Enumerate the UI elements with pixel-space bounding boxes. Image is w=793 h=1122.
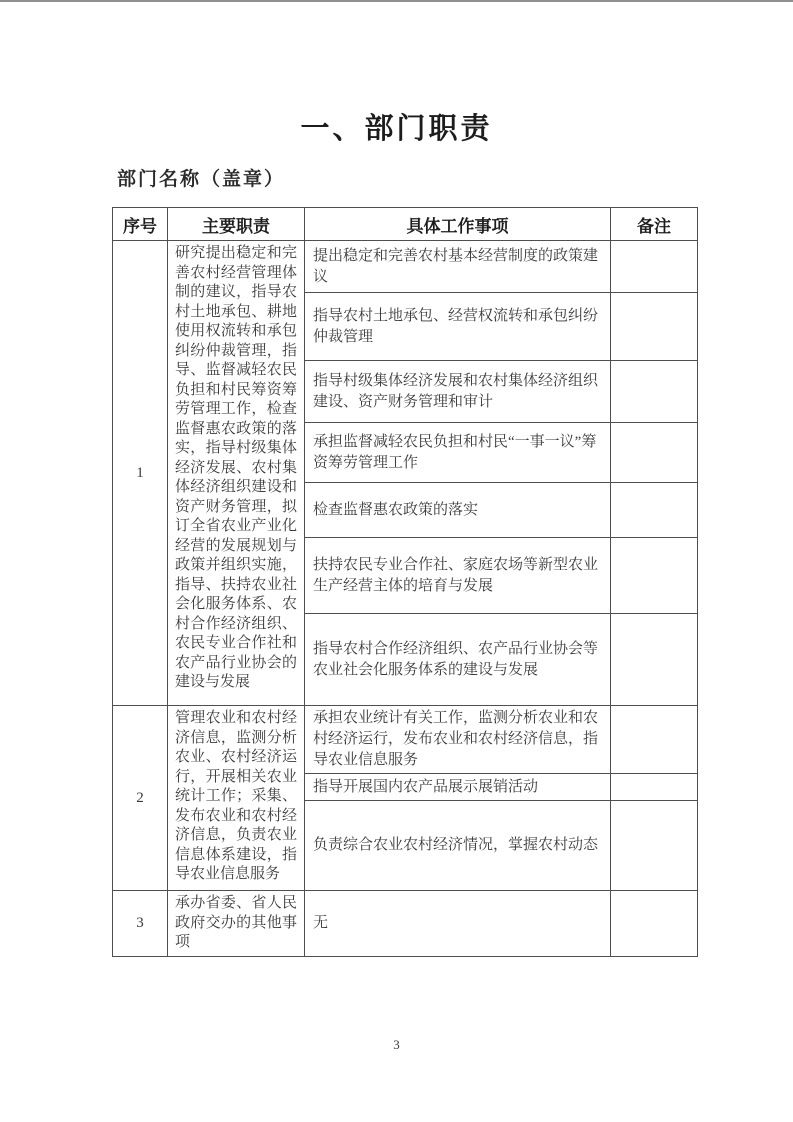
page-title: 一、部门职责	[0, 106, 793, 147]
note-cell	[611, 423, 698, 483]
note-cell	[611, 293, 698, 361]
note-cell	[611, 241, 698, 293]
duty-table: 序号 主要职责 具体工作事项 备注 1 研究提出稳定和完善农村经营管理体制的建议…	[112, 207, 698, 957]
note-cell	[611, 706, 698, 774]
note-cell	[611, 614, 698, 706]
note-cell	[611, 774, 698, 801]
note-cell	[611, 538, 698, 614]
work-item-cell: 提出稳定和完善农村基本经营制度的政策建议	[305, 241, 611, 293]
table-row: 2 管理农业和农村经济信息，监测分析农业、农村经济运行，开展相关农业统计工作；采…	[113, 706, 698, 774]
header-main-duty: 主要职责	[168, 208, 305, 241]
note-cell	[611, 361, 698, 423]
page-top-edge	[0, 0, 793, 2]
row-index: 3	[113, 891, 168, 957]
main-duty-cell: 研究提出稳定和完善农村经营管理体制的建议，指导农村土地承包、耕地使用权流转和承包…	[168, 241, 305, 706]
main-duty-cell: 承办省委、省人民政府交办的其他事项	[168, 891, 305, 957]
row-index: 2	[113, 706, 168, 891]
work-item-cell: 指导开展国内农产品展示展销活动	[305, 774, 611, 801]
work-item-cell: 扶持农民专业合作社、家庭农场等新型农业生产经营主体的培育与发展	[305, 538, 611, 614]
work-item-cell: 指导村级集体经济发展和农村集体经济组织建设、资产财务管理和审计	[305, 361, 611, 423]
main-duty-cell: 管理农业和农村经济信息，监测分析农业、农村经济运行，开展相关农业统计工作；采集、…	[168, 706, 305, 891]
work-item-cell: 无	[305, 891, 611, 957]
note-cell	[611, 483, 698, 538]
work-item-cell: 指导农村合作经济组织、农产品行业协会等农业社会化服务体系的建设与发展	[305, 614, 611, 706]
header-work-items: 具体工作事项	[305, 208, 611, 241]
work-item-cell: 检查监督惠农政策的落实	[305, 483, 611, 538]
table-header-row: 序号 主要职责 具体工作事项 备注	[113, 208, 698, 241]
table-row: 3 承办省委、省人民政府交办的其他事项 无	[113, 891, 698, 957]
header-notes: 备注	[611, 208, 698, 241]
work-item-cell: 负责综合农业农村经济情况，掌握农村动态	[305, 801, 611, 891]
department-name-label: 部门名称（盖章）	[117, 164, 285, 191]
row-index: 1	[113, 241, 168, 706]
header-index: 序号	[113, 208, 168, 241]
note-cell	[611, 891, 698, 957]
page-number: 3	[0, 1037, 793, 1053]
note-cell	[611, 801, 698, 891]
work-item-cell: 指导农村土地承包、经营权流转和承包纠纷仲裁管理	[305, 293, 611, 361]
document-page: { "page": { "title": "一、部门职责", "subtitle…	[0, 0, 793, 1122]
work-item-cell: 承担监督减轻农民负担和村民“一事一议”筹资筹劳管理工作	[305, 423, 611, 483]
work-item-cell: 承担农业统计有关工作，监测分析农业和农村经济运行，发布农业和农村经济信息，指导农…	[305, 706, 611, 774]
table-row: 1 研究提出稳定和完善农村经营管理体制的建议，指导农村土地承包、耕地使用权流转和…	[113, 241, 698, 293]
